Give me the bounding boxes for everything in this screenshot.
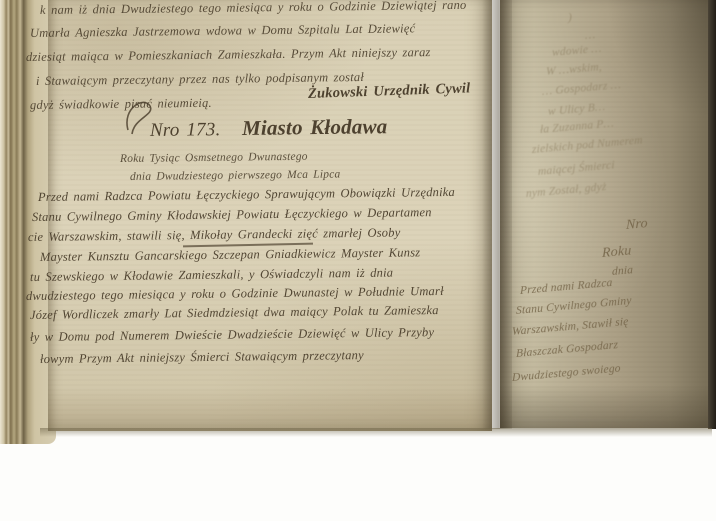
act-place-heading: Miasto Kłodawa	[242, 114, 388, 141]
act-date-line: Roku Tysiąc Osmsetnego Dwunastego	[120, 151, 308, 165]
book-bottom-shadow	[40, 428, 712, 437]
manuscript-line-faint: )	[568, 12, 572, 24]
book-gutter-shadow	[482, 0, 512, 429]
manuscript-line: dnia	[612, 264, 633, 278]
manuscript-line: Roku	[602, 243, 632, 262]
manuscript-line: Nro	[626, 216, 648, 234]
act-date-line: dnia Dwudziestego pierwszego Mca Lipca	[130, 168, 341, 183]
scanned-register-photo: k nam iż dnia Dwudziestego tego miesiąca…	[0, 0, 716, 521]
act-number-heading: Nro 173.	[150, 119, 221, 142]
book-right-edge-shadow	[708, 0, 716, 429]
manuscript-line-faint: …	[585, 29, 596, 42]
